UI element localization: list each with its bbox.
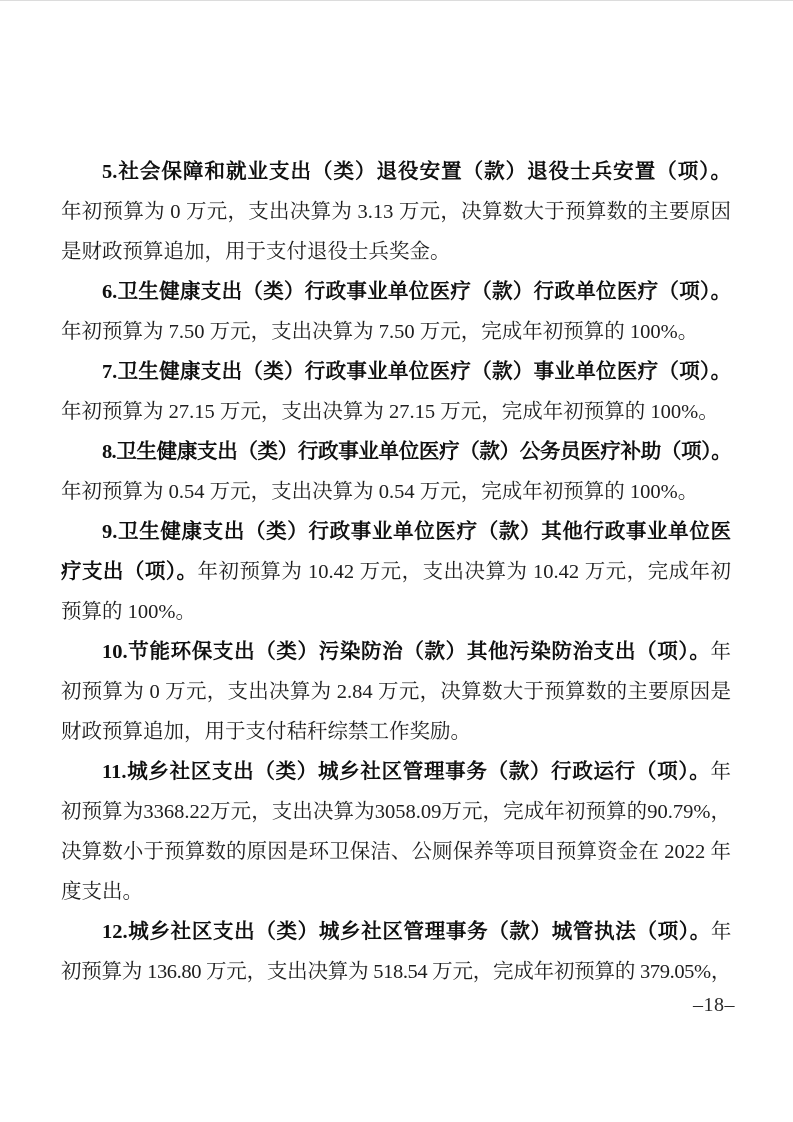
item-6-heading: 6.卫生健康支出（类）行政事业单位医疗（款）行政单位医疗（项）。	[61, 272, 731, 312]
item-10-heading: 10.节能环保支出（类）污染防治（款）其他污染防治支出（项）。	[102, 641, 711, 663]
item-8-body: 年初预算为 0.54 万元，支出决算为 0.54 万元，完成年初预算的 100%…	[61, 472, 731, 512]
page-content: 5.社会保障和就业支出（类）退役安置（款）退役士兵安置（项）。年初预算为 0 万…	[61, 152, 731, 992]
item-7-body: 年初预算为 27.15 万元，支出决算为 27.15 万元，完成年初预算的 10…	[61, 392, 731, 432]
item-8-heading: 8.卫生健康支出（类）行政事业单位医疗（款）公务员医疗补助（项）。	[61, 432, 731, 472]
budget-item-6: 6.卫生健康支出（类）行政事业单位医疗（款）行政单位医疗（项）。年初预算为 7.…	[61, 272, 731, 352]
item-12-heading: 12.城乡社区支出（类）城乡社区管理事务（款）城管执法（项）。	[102, 921, 711, 943]
item-5-body: 年初预算为 0 万元，支出决算为 3.13 万元，决算数大于预算数的主要原因是财…	[61, 192, 731, 272]
budget-item-10: 10.节能环保支出（类）污染防治（款）其他污染防治支出（项）。年初预算为 0 万…	[61, 632, 731, 752]
item-5-heading: 5.社会保障和就业支出（类）退役安置（款）退役士兵安置（项）。	[61, 152, 731, 192]
item-11-heading: 11.城乡社区支出（类）城乡社区管理事务（款）行政运行（项）。	[102, 761, 711, 783]
budget-item-7: 7.卫生健康支出（类）行政事业单位医疗（款）事业单位医疗（项）。年初预算为 27…	[61, 352, 731, 432]
budget-item-5: 5.社会保障和就业支出（类）退役安置（款）退役士兵安置（项）。年初预算为 0 万…	[61, 152, 731, 272]
budget-item-12: 12.城乡社区支出（类）城乡社区管理事务（款）城管执法（项）。年初预算为 136…	[61, 912, 731, 992]
item-6-body: 年初预算为 7.50 万元，支出决算为 7.50 万元，完成年初预算的 100%…	[61, 312, 731, 352]
budget-item-11: 11.城乡社区支出（类）城乡社区管理事务（款）行政运行（项）。年初预算为3368…	[61, 752, 731, 912]
document-page: 5.社会保障和就业支出（类）退役安置（款）退役士兵安置（项）。年初预算为 0 万…	[0, 0, 793, 1122]
budget-item-8: 8.卫生健康支出（类）行政事业单位医疗（款）公务员医疗补助（项）。年初预算为 0…	[61, 432, 731, 512]
page-number: –18–	[693, 994, 735, 1016]
item-7-heading: 7.卫生健康支出（类）行政事业单位医疗（款）事业单位医疗（项）。	[61, 352, 731, 392]
budget-item-9: 9.卫生健康支出（类）行政事业单位医疗（款）其他行政事业单位医疗支出（项）。年初…	[61, 512, 731, 632]
scan-edge-line	[0, 0, 793, 1]
